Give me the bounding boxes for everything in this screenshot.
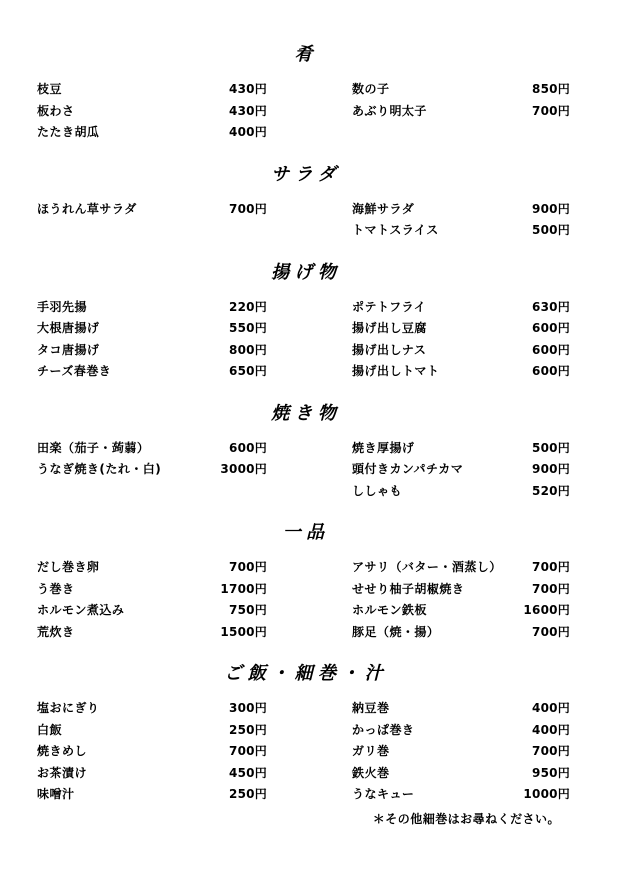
menu-cell-left: たたき胡瓜400円 <box>37 122 267 144</box>
menu-row: 荒炊き1500円豚足（焼・揚）700円 <box>37 622 570 644</box>
item-name: 頭付きカンパチカマ <box>352 459 463 481</box>
item-name: 揚げ出し豆腐 <box>352 318 427 340</box>
item-name: 塩おにぎり <box>37 698 99 720</box>
item-name: 豚足（焼・揚） <box>352 622 439 644</box>
item-price: 900円 <box>532 459 570 481</box>
item-name: トマトスライス <box>352 220 439 242</box>
item-name: 焼き厚揚げ <box>352 438 414 460</box>
item-price: 950円 <box>532 763 570 785</box>
menu-cell-left: ホルモン煮込み750円 <box>37 600 267 622</box>
menu-cell-right: 鉄火巻950円 <box>352 763 570 785</box>
menu-cell-left: だし巻き卵700円 <box>37 557 267 579</box>
item-price: 500円 <box>532 220 570 242</box>
item-price: 250円 <box>229 720 267 742</box>
menu-cell-right: 揚げ出し豆腐600円 <box>352 318 570 340</box>
menu-cell-right: 揚げ出しトマト600円 <box>352 361 570 383</box>
menu-cell-left: 焼きめし700円 <box>37 741 267 763</box>
item-price: 1600円 <box>523 600 570 622</box>
menu-cell-left: 田楽（茄子・蒟蒻）600円 <box>37 438 267 460</box>
item-price: 700円 <box>532 557 570 579</box>
item-price: 700円 <box>532 741 570 763</box>
menu-cell-right: あぶり明太子700円 <box>352 101 570 123</box>
item-name: 海鮮サラダ <box>352 199 414 221</box>
item-name: 板わさ <box>37 101 74 123</box>
item-name: うなキュー <box>352 784 414 806</box>
item-name: 白飯 <box>37 720 62 742</box>
item-name: 枝豆 <box>37 79 62 101</box>
item-name: せせり柚子胡椒焼き <box>352 579 464 601</box>
item-price: 600円 <box>532 340 570 362</box>
menu-cell-right: うなキュー1000円 <box>352 784 570 806</box>
item-price: 850円 <box>532 79 570 101</box>
menu-cell-right: せせり柚子胡椒焼き700円 <box>352 579 570 601</box>
item-price: 700円 <box>229 557 267 579</box>
item-price: 600円 <box>532 361 570 383</box>
section-title: 焼き物 <box>37 401 570 427</box>
menu-cell-right: 揚げ出しナス600円 <box>352 340 570 362</box>
menu-cell-left: 白飯250円 <box>37 720 267 742</box>
menu-row: 大根唐揚げ550円揚げ出し豆腐600円 <box>37 318 570 340</box>
item-name: ホルモン煮込み <box>37 600 124 622</box>
menu-row: 手羽先揚220円ポテトフライ630円 <box>37 297 570 319</box>
menu-cell-left <box>37 481 267 503</box>
menu-row: ししゃも520円 <box>37 481 570 503</box>
item-name: ガリ巻 <box>352 741 389 763</box>
menu-section: 一品だし巻き卵700円アサリ（バター・酒蒸し）700円う巻き1700円せせり柚子… <box>37 520 570 643</box>
item-price: 400円 <box>532 720 570 742</box>
item-price: 700円 <box>532 101 570 123</box>
item-price: 630円 <box>532 297 570 319</box>
item-name: うなぎ焼き(たれ・白) <box>37 459 161 481</box>
section-title: 一品 <box>37 520 570 546</box>
item-price: 700円 <box>229 199 267 221</box>
item-name: タコ唐揚げ <box>37 340 99 362</box>
menu-row: ホルモン煮込み750円ホルモン鉄板1600円 <box>37 600 570 622</box>
footnote: ＊その他細巻はお尋ねください。 <box>37 809 570 831</box>
menu-row: う巻き1700円せせり柚子胡椒焼き700円 <box>37 579 570 601</box>
item-price: 400円 <box>229 122 267 144</box>
menu-cell-right: 焼き厚揚げ500円 <box>352 438 570 460</box>
section-title: 揚げ物 <box>37 260 570 286</box>
menu-cell-right: 頭付きカンパチカマ900円 <box>352 459 570 481</box>
item-price: 1000円 <box>523 784 570 806</box>
menu-cell-left: ほうれん草サラダ700円 <box>37 199 267 221</box>
item-price: 550円 <box>229 318 267 340</box>
item-price: 430円 <box>229 79 267 101</box>
item-price: 250円 <box>229 784 267 806</box>
item-name: 大根唐揚げ <box>37 318 99 340</box>
item-name: 味噌汁 <box>37 784 74 806</box>
item-name: アサリ（バター・酒蒸し） <box>352 557 502 579</box>
menu-row: うなぎ焼き(たれ・白)3000円頭付きカンパチカマ900円 <box>37 459 570 481</box>
menu-cell-left: 板わさ430円 <box>37 101 267 123</box>
item-price: 520円 <box>532 481 570 503</box>
menu-sections: 肴枝豆430円数の子850円板わさ430円あぶり明太子700円たたき胡瓜400円… <box>37 42 570 806</box>
item-name: お茶漬け <box>37 763 87 785</box>
menu-row: 田楽（茄子・蒟蒻）600円焼き厚揚げ500円 <box>37 438 570 460</box>
item-name: チーズ春巻き <box>37 361 111 383</box>
item-name: 鉄火巻 <box>352 763 389 785</box>
menu-cell-left: 大根唐揚げ550円 <box>37 318 267 340</box>
menu-row: 板わさ430円あぶり明太子700円 <box>37 101 570 123</box>
item-price: 600円 <box>229 438 267 460</box>
menu-cell-right: ししゃも520円 <box>352 481 570 503</box>
item-price: 700円 <box>532 622 570 644</box>
menu-row: 焼きめし700円ガリ巻700円 <box>37 741 570 763</box>
item-price: 750円 <box>229 600 267 622</box>
menu-cell-left: チーズ春巻き650円 <box>37 361 267 383</box>
item-name: かっぱ巻き <box>352 720 414 742</box>
item-price: 430円 <box>229 101 267 123</box>
item-name: あぶり明太子 <box>352 101 427 123</box>
menu-row: ほうれん草サラダ700円海鮮サラダ900円 <box>37 199 570 221</box>
item-price: 650円 <box>229 361 267 383</box>
item-price: 700円 <box>532 579 570 601</box>
item-name: 数の子 <box>352 79 389 101</box>
item-price: 1700円 <box>220 579 267 601</box>
item-name: 田楽（茄子・蒟蒻） <box>37 438 149 460</box>
menu-cell-left: お茶漬け450円 <box>37 763 267 785</box>
menu-cell-right: ポテトフライ630円 <box>352 297 570 319</box>
item-price: 900円 <box>532 199 570 221</box>
item-name: 焼きめし <box>37 741 87 763</box>
item-name: 納豆巻 <box>352 698 389 720</box>
menu-cell-left <box>37 220 267 242</box>
menu-cell-left: うなぎ焼き(たれ・白)3000円 <box>37 459 267 481</box>
menu-cell-left: 枝豆430円 <box>37 79 267 101</box>
item-name: 荒炊き <box>37 622 74 644</box>
menu-row: トマトスライス500円 <box>37 220 570 242</box>
menu-row: お茶漬け450円鉄火巻950円 <box>37 763 570 785</box>
item-name: ししゃも <box>352 481 402 503</box>
section-title: 肴 <box>37 42 570 68</box>
item-name: う巻き <box>37 579 74 601</box>
item-price: 600円 <box>532 318 570 340</box>
menu-cell-left: 味噌汁250円 <box>37 784 267 806</box>
menu-section: サラダほうれん草サラダ700円海鮮サラダ900円トマトスライス500円 <box>37 162 570 242</box>
menu-row: 味噌汁250円うなキュー1000円 <box>37 784 570 806</box>
menu-cell-left: タコ唐揚げ800円 <box>37 340 267 362</box>
item-price: 450円 <box>229 763 267 785</box>
item-name: 揚げ出しトマト <box>352 361 439 383</box>
item-name: ほうれん草サラダ <box>37 199 137 221</box>
menu-cell-right: 納豆巻400円 <box>352 698 570 720</box>
menu-cell-right: アサリ（バター・酒蒸し）700円 <box>352 557 570 579</box>
menu-cell-right: 海鮮サラダ900円 <box>352 199 570 221</box>
item-price: 800円 <box>229 340 267 362</box>
item-price: 3000円 <box>220 459 267 481</box>
menu-row: チーズ春巻き650円揚げ出しトマト600円 <box>37 361 570 383</box>
item-name: 揚げ出しナス <box>352 340 426 362</box>
menu-section: 揚げ物手羽先揚220円ポテトフライ630円大根唐揚げ550円揚げ出し豆腐600円… <box>37 260 570 383</box>
menu-cell-left: 手羽先揚220円 <box>37 297 267 319</box>
item-price: 400円 <box>532 698 570 720</box>
menu-section: ご飯・細巻・汁塩おにぎり300円納豆巻400円白飯250円かっぱ巻き400円焼き… <box>37 661 570 806</box>
menu-row: たたき胡瓜400円 <box>37 122 570 144</box>
item-price: 700円 <box>229 741 267 763</box>
item-name: ポテトフライ <box>352 297 426 319</box>
item-name: だし巻き卵 <box>37 557 99 579</box>
item-price: 500円 <box>532 438 570 460</box>
menu-cell-left: 荒炊き1500円 <box>37 622 267 644</box>
item-name: たたき胡瓜 <box>37 122 99 144</box>
item-price: 300円 <box>229 698 267 720</box>
section-title: サラダ <box>37 162 570 188</box>
section-title: ご飯・細巻・汁 <box>37 661 570 687</box>
menu-row: タコ唐揚げ800円揚げ出しナス600円 <box>37 340 570 362</box>
menu-cell-right: かっぱ巻き400円 <box>352 720 570 742</box>
menu-cell-right: 数の子850円 <box>352 79 570 101</box>
menu-cell-left: う巻き1700円 <box>37 579 267 601</box>
menu-row: 塩おにぎり300円納豆巻400円 <box>37 698 570 720</box>
menu-cell-right: ホルモン鉄板1600円 <box>352 600 570 622</box>
menu-section: 肴枝豆430円数の子850円板わさ430円あぶり明太子700円たたき胡瓜400円 <box>37 42 570 144</box>
menu-row: 白飯250円かっぱ巻き400円 <box>37 720 570 742</box>
menu-page: 肴枝豆430円数の子850円板わさ430円あぶり明太子700円たたき胡瓜400円… <box>0 0 570 830</box>
menu-cell-left: 塩おにぎり300円 <box>37 698 267 720</box>
item-name: ホルモン鉄板 <box>352 600 427 622</box>
menu-cell-right: ガリ巻700円 <box>352 741 570 763</box>
menu-cell-right: 豚足（焼・揚）700円 <box>352 622 570 644</box>
menu-row: 枝豆430円数の子850円 <box>37 79 570 101</box>
menu-cell-right <box>352 122 570 144</box>
item-price: 1500円 <box>220 622 267 644</box>
menu-section: 焼き物田楽（茄子・蒟蒻）600円焼き厚揚げ500円うなぎ焼き(たれ・白)3000… <box>37 401 570 503</box>
menu-cell-right: トマトスライス500円 <box>352 220 570 242</box>
menu-row: だし巻き卵700円アサリ（バター・酒蒸し）700円 <box>37 557 570 579</box>
item-price: 220円 <box>229 297 267 319</box>
item-name: 手羽先揚 <box>37 297 87 319</box>
